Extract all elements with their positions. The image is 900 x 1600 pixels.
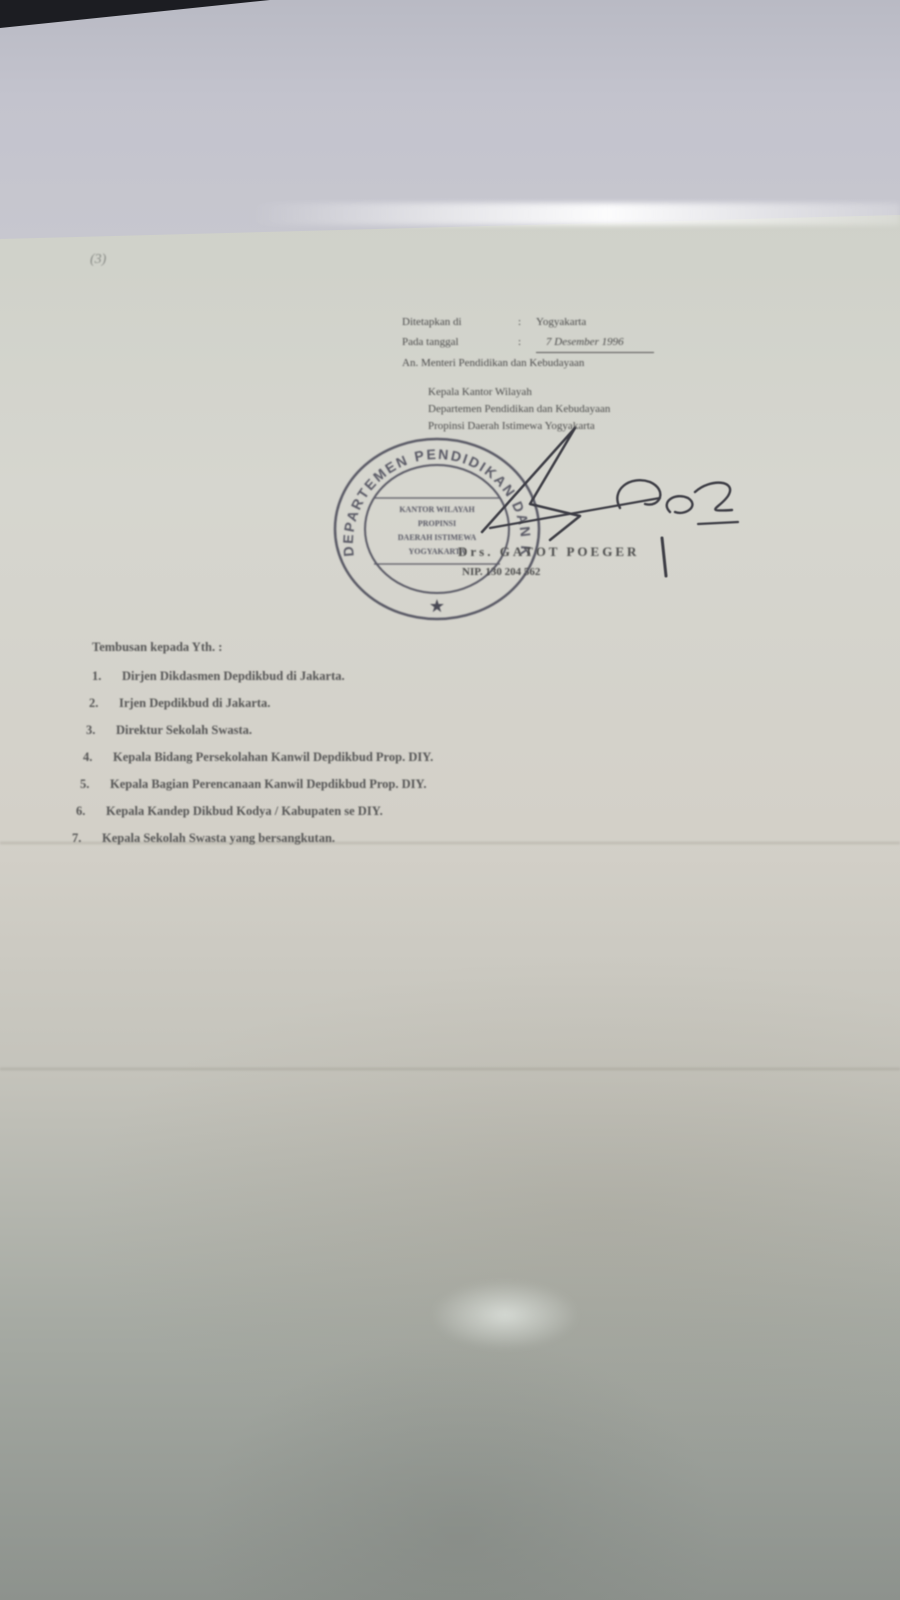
cc-list-item: 6.Kepala Kandep Dikbud Kodya / Kabupaten… xyxy=(76,798,426,825)
paper-fold xyxy=(0,1068,900,1070)
stamp-inner-line: KANTOR WILAYAH xyxy=(399,505,475,514)
plastic-sleeve-glare xyxy=(250,203,900,225)
place-separator: : xyxy=(518,312,536,332)
cc-list-item: 5.Kepala Bagian Perencanaan Kanwil Depdi… xyxy=(80,771,430,798)
signer-name: Drs. GATOT POEGER xyxy=(458,544,639,560)
cc-title: Tembusan kepada Yth. : xyxy=(92,640,442,655)
on-behalf-line: An. Menteri Pendidikan dan Kebudayaan xyxy=(402,353,654,373)
paper-stain xyxy=(430,1280,580,1350)
issuance-block: Ditetapkan di : Yogyakarta Pada tanggal … xyxy=(402,312,654,373)
place-label: Ditetapkan di xyxy=(402,312,518,332)
handwritten-signature-icon xyxy=(470,420,760,590)
date-value: 7 Desember 1996 xyxy=(536,332,654,353)
cc-list-item: 7.Kepala Sekolah Swasta yang bersangkuta… xyxy=(72,825,422,852)
corner-page-note: (3) xyxy=(90,252,106,268)
stamp-inner-line: DAERAH ISTIMEWA xyxy=(398,533,477,542)
issued-place-row: Ditetapkan di : Yogyakarta xyxy=(402,312,654,332)
cc-list-item: 2.Irjen Depdikbud di Jakarta. xyxy=(89,690,439,717)
cc-list-item: 1.Dirjen Dikdasmen Depdikbud di Jakarta. xyxy=(92,663,442,690)
office-line: Kepala Kantor Wilayah xyxy=(428,384,610,401)
date-separator: : xyxy=(518,332,536,353)
place-value: Yogyakarta xyxy=(536,312,586,332)
issued-date-row: Pada tanggal : 7 Desember 1996 xyxy=(402,332,654,353)
cc-list-item: 3.Direktur Sekolah Swasta. xyxy=(86,717,436,744)
office-line: Departemen Pendidikan dan Kebudayaan xyxy=(428,401,610,418)
stamp-inner-line: PROPINSI xyxy=(418,519,456,528)
cc-list-item: 4.Kepala Bidang Persekolahan Kanwil Depd… xyxy=(83,744,433,771)
svg-text:★: ★ xyxy=(429,596,445,616)
cc-recipients: Tembusan kepada Yth. : 1.Dirjen Dikdasme… xyxy=(92,640,442,852)
date-label: Pada tanggal xyxy=(402,332,518,353)
signer-nip: NIP. 130 204 562 xyxy=(462,566,540,578)
